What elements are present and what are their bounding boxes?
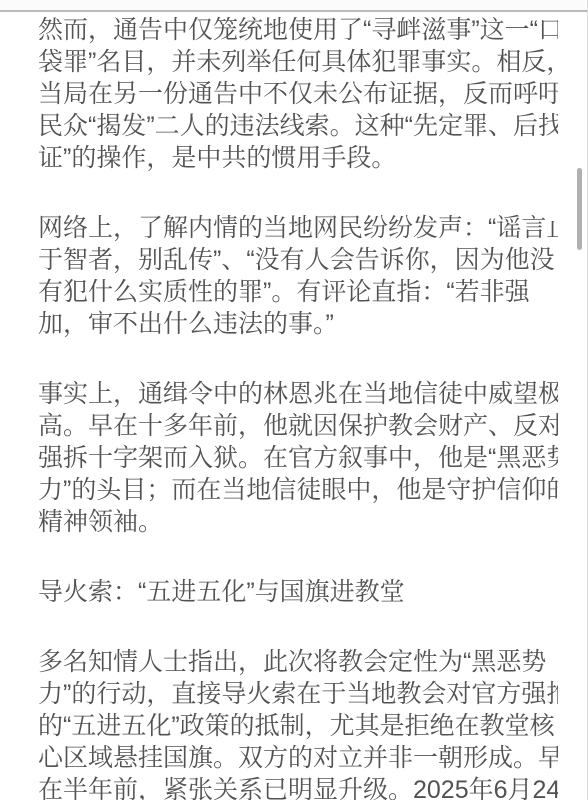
window-top-edge — [0, 0, 588, 12]
text-line: 力”的头目；而在当地信徒眼中，他是守护信仰的 — [38, 474, 558, 506]
text-line: 高。早在十多年前，他就因保护教会财产、反对 — [38, 410, 558, 442]
text-line: 强拆十字架而入狱。在官方叙事中，他是“黑恶势 — [38, 442, 558, 474]
text-line: 于智者，别乱传”、“没有人会告诉你，因为他没 — [38, 244, 558, 276]
paragraph: 然而，通告中仅笼统地使用了“寻衅滋事”这一“口袋罪”名目，并未列举任何具体犯罪事… — [38, 14, 558, 174]
text-line: 心区域悬挂国旗。双方的对立并非一朝形成。早 — [38, 742, 558, 774]
paragraph: 多名知情人士指出，此次将教会定性为“黑恶势力”的行动，直接导火索在于当地教会对官… — [38, 646, 558, 800]
paragraph: 事实上，通缉令中的林恩兆在当地信徒中威望极高。早在十多年前，他就因保护教会财产、… — [38, 378, 558, 538]
text-line: 导火索：“五进五化”与国旗进教堂 — [38, 576, 558, 608]
text-line: 然而，通告中仅笼统地使用了“寻衅滋事”这一“口 — [38, 14, 558, 46]
text-line: 网络上，了解内情的当地网民纷纷发声：“谣言止 — [38, 212, 558, 244]
scrollbar-thumb[interactable] — [577, 168, 582, 250]
paragraph: 网络上，了解内情的当地网民纷纷发声：“谣言止于智者，别乱传”、“没有人会告诉你，… — [38, 212, 558, 340]
text-line: 力”的行动，直接导火索在于当地教会对官方强推 — [38, 678, 558, 710]
text-line: 在半年前，紧张关系已明显升级。2025年6月24 — [38, 774, 558, 800]
text-line: 有犯什么实质性的罪”。有评论直指：“若非强 — [38, 276, 558, 308]
text-line: 加，审不出什么违法的事。” — [38, 308, 558, 340]
text-line: 民众“揭发”二人的违法线索。这种“先定罪、后找 — [38, 110, 558, 142]
text-line: 事实上，通缉令中的林恩兆在当地信徒中威望极 — [38, 378, 558, 410]
text-line: 当局在另一份通告中不仅未公布证据，反而呼吁 — [38, 78, 558, 110]
text-line: 的“五进五化”政策的抵制，尤其是拒绝在教堂核 — [38, 710, 558, 742]
text-line: 多名知情人士指出，此次将教会定性为“黑恶势 — [38, 646, 558, 678]
article: 然而，通告中仅笼统地使用了“寻衅滋事”这一“口袋罪”名目，并未列举任何具体犯罪事… — [0, 12, 588, 800]
text-line: 袋罪”名目，并未列举任何具体犯罪事实。相反， — [38, 46, 558, 78]
section-heading: 导火索：“五进五化”与国旗进教堂 — [38, 576, 558, 608]
text-line: 精神领袖。 — [38, 506, 558, 538]
text-line: 证”的操作，是中共的惯用手段。 — [38, 142, 558, 174]
